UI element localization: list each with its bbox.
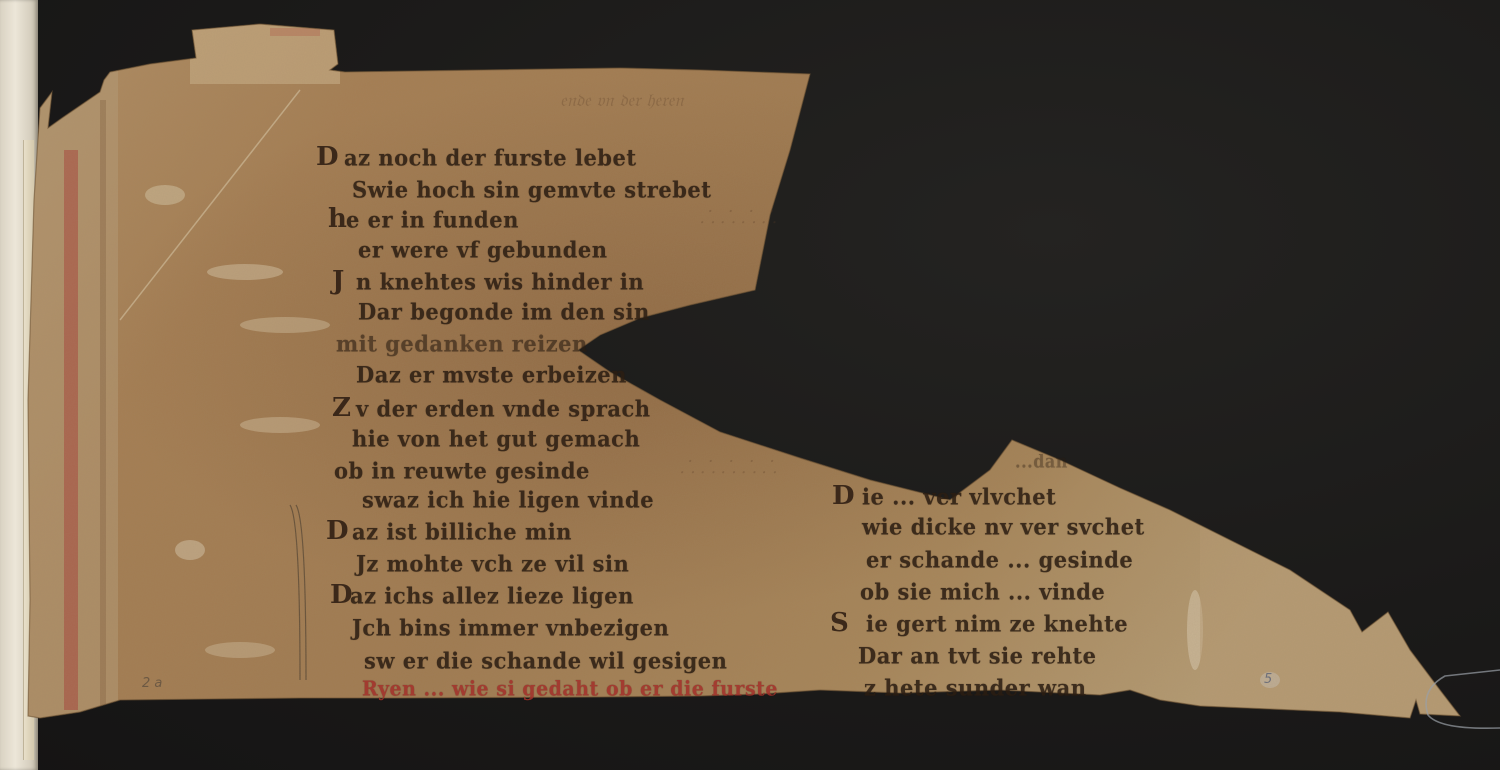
verse-line: e er in funden (346, 206, 519, 233)
initial-letter: S (830, 608, 849, 638)
initial-letter: Z (332, 393, 351, 423)
verse-line: hie von het gut gemach (352, 425, 640, 452)
pencil-annotation: 2 a (142, 676, 162, 691)
verse-line: Dar begonde im den sin (358, 298, 650, 325)
verse-line: er were vf gebunden (358, 236, 608, 263)
verse-line: mit gedanken reizen (336, 330, 588, 357)
verse-line: ob in reuwte gesinde (334, 457, 590, 484)
show-through-text: ⸫ ⸫ ⸫ ⸫ (700, 205, 776, 229)
verse-line: az ichs allez lieze ligen (350, 582, 634, 609)
faint-heading: ...dan (1015, 451, 1068, 472)
verse-line: swaz ich hie ligen vinde (362, 486, 654, 513)
folio-mark: 5 (1264, 672, 1272, 687)
initial-letter: h (328, 204, 347, 234)
show-through-text: ⸫ ⸫ ⸫ ⸫ ⸫ (680, 455, 777, 479)
initial-letter: J (332, 266, 344, 296)
verse-line: Swie hoch sin gemvte strebet (352, 176, 711, 203)
verse-line: z hete sunder wan (864, 674, 1086, 701)
verse-line: Jch bins immer vnbezigen (352, 614, 669, 641)
verse-line: az ist billiche min (352, 518, 572, 545)
verse-line: n knehtes wis hinder in (356, 268, 644, 295)
verse-line: ie ... ver vlvchet (862, 483, 1056, 510)
verse-line: ob sie mich ... vinde (860, 578, 1105, 605)
rubric-line: Ryen ... wie si gedaht ob er die furste (362, 677, 778, 701)
verse-line: Dar an tvt sie rehte (858, 642, 1097, 669)
parchment-fragment (0, 0, 1500, 770)
verse-line: ie gert nim ze knehte (866, 610, 1128, 637)
verse-line: wie dicke nv ver svchet (862, 513, 1145, 540)
verse-line: az noch der furste lebet (344, 144, 637, 171)
verse-line: sw er die schande wil gesigen (364, 647, 727, 674)
initial-letter: D (326, 516, 349, 546)
verse-line: er schande ... gesinde (866, 546, 1133, 573)
verse-line: Daz er mvste erbeizen (356, 361, 627, 388)
show-through-text: 𝔢𝔫𝔡𝔢 𝔳𝔫 𝔡𝔢𝔯 𝔥𝔢𝔯𝔢𝔫 (560, 90, 683, 111)
initial-letter: D (832, 481, 855, 511)
verse-line: Jz mohte vch ze vil sin (356, 550, 629, 577)
initial-letter: D (316, 142, 339, 172)
verse-line: v der erden vnde sprach (356, 395, 651, 422)
